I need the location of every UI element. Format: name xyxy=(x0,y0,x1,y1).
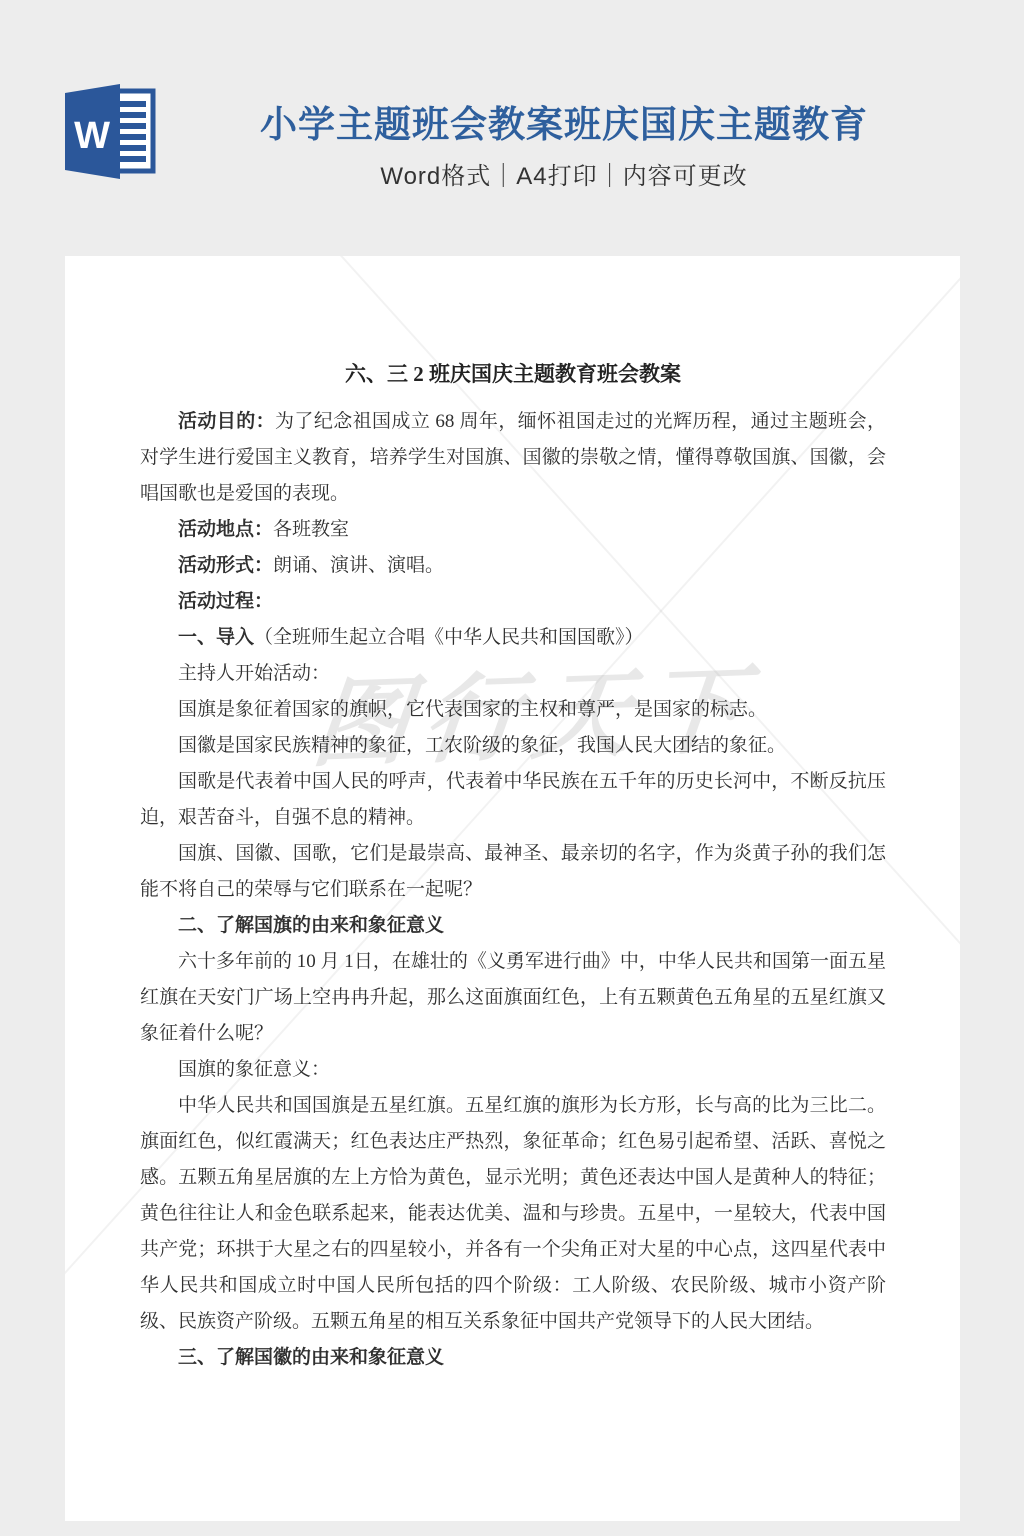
paragraph-lead: 三、了解国徽的由来和象征意义 xyxy=(178,1347,444,1368)
page-subtitle: Word格式｜A4打印｜内容可更改 xyxy=(0,156,1024,191)
doc-paragraph: 六十多年前的 10 月 1日，在雄壮的《义勇军进行曲》中，中华人民共和国第一面五… xyxy=(140,944,886,1052)
doc-paragraph: 活动形式：朗诵、演讲、演唱。 xyxy=(140,548,886,584)
paragraph-lead: 一、导入 xyxy=(178,627,254,648)
doc-paragraph: 中华人民共和国国旗是五星红旗。五星红旗的旗形为长方形，长与高的比为三比二。旗面红… xyxy=(140,1088,886,1340)
paragraph-lead: 二、了解国旗的由来和象征意义 xyxy=(178,915,444,936)
doc-paragraph: 国徽是国家民族精神的象征，工农阶级的象征，我国人民大团结的象征。 xyxy=(140,728,886,764)
doc-paragraph: 国旗、国徽、国歌，它们是最崇高、最神圣、最亲切的名字，作为炎黄子孙的我们怎能不将… xyxy=(140,836,886,908)
paragraph-lead: 活动过程： xyxy=(178,591,273,612)
doc-paragraph: 一、导入（全班师生起立合唱《中华人民共和国国歌》） xyxy=(140,620,886,656)
doc-paragraphs: 活动目的：为了纪念祖国成立 68 周年，缅怀祖国走过的光辉历程，通过主题班会，对… xyxy=(140,404,886,1376)
doc-paragraph: 国旗是象征着国家的旗帜，它代表国家的主权和尊严，是国家的标志。 xyxy=(140,692,886,728)
paragraph-lead: 活动地点： xyxy=(178,519,273,540)
doc-paragraph: 国旗的象征意义： xyxy=(140,1052,886,1088)
doc-paragraph: 活动目的：为了纪念祖国成立 68 周年，缅怀祖国走过的光辉历程，通过主题班会，对… xyxy=(140,404,886,512)
header: W 小学主题班会教案班庆国庆主题教育 Word格式｜A4打印｜内容可更改 xyxy=(0,0,1024,256)
paragraph-lead: 活动目的： xyxy=(178,411,275,432)
document-page: 图行天下 六、三 2 班庆国庆主题教育班会教案 活动目的：为了纪念祖国成立 68… xyxy=(65,256,960,1521)
doc-title: 六、三 2 班庆国庆主题教育班会教案 xyxy=(140,358,886,388)
page-title: 小学主题班会教案班庆国庆主题教育 xyxy=(0,94,1024,148)
doc-paragraph: 活动过程： xyxy=(140,584,886,620)
doc-heading: 三、了解国徽的由来和象征意义 xyxy=(140,1340,886,1376)
doc-heading: 二、了解国旗的由来和象征意义 xyxy=(140,908,886,944)
doc-paragraph: 主持人开始活动： xyxy=(140,656,886,692)
doc-paragraph: 活动地点：各班教室 xyxy=(140,512,886,548)
paragraph-lead: 活动形式： xyxy=(178,555,273,576)
doc-paragraph: 国歌是代表着中国人民的呼声，代表着中华民族在五千年的历史长河中，不断反抗压迫，艰… xyxy=(140,764,886,836)
